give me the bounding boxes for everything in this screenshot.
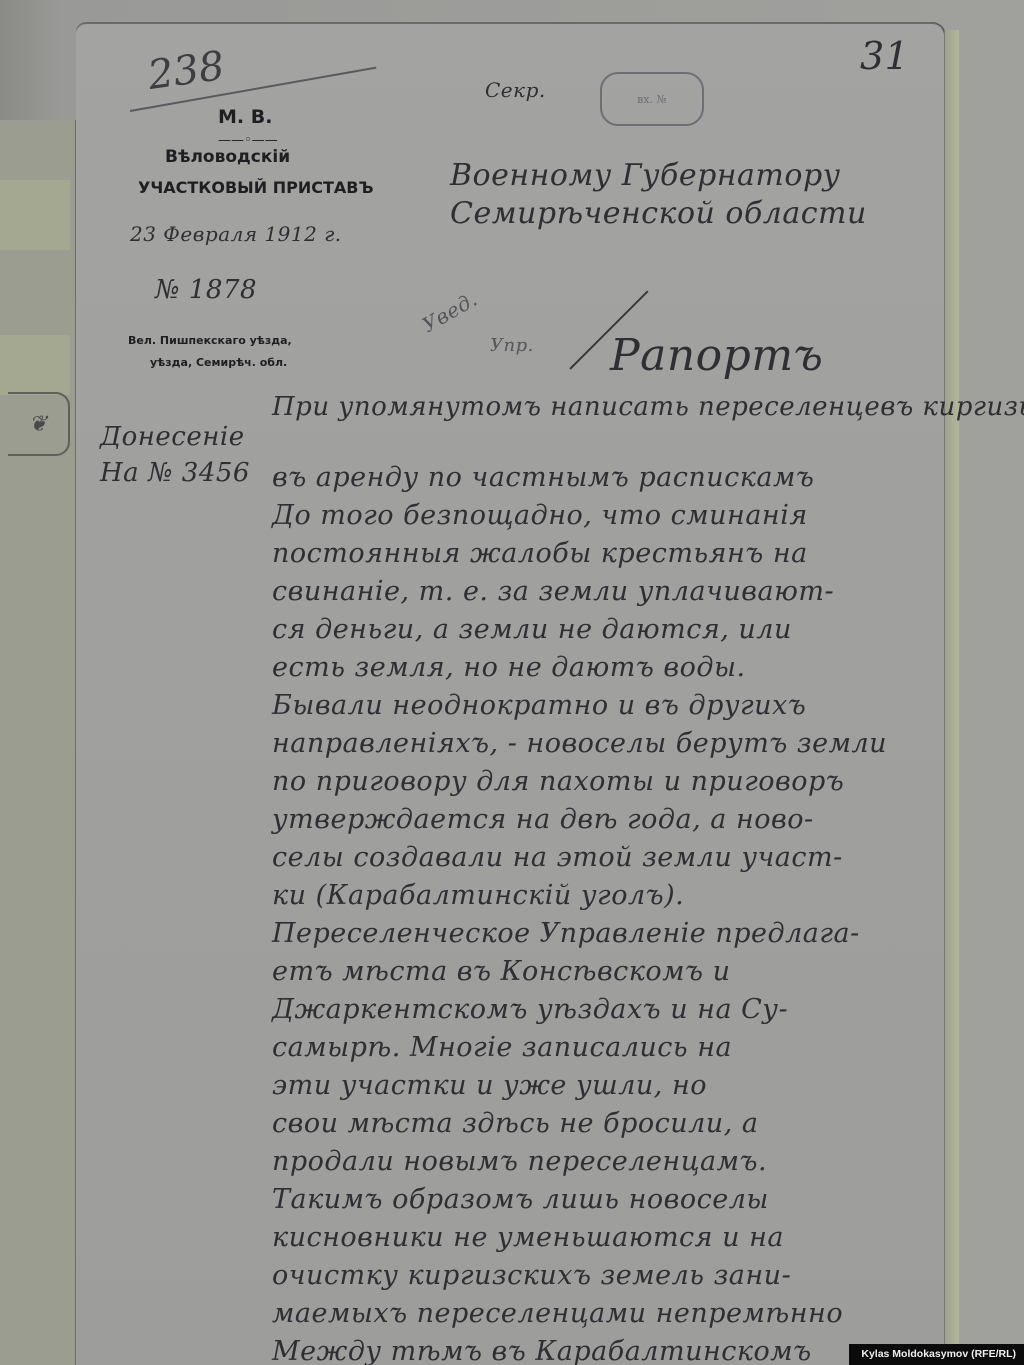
body-line: свои мѣста здѣсь не бросили, а	[272, 1108, 758, 1139]
stamp-district-line1: Вел. Пишпекскаго уѣзда,	[128, 334, 292, 347]
body-line: постоянныя жалобы крестьянъ на	[272, 538, 808, 569]
document-title: Рапортъ	[610, 330, 823, 381]
folio-number: 31	[860, 34, 909, 78]
underlying-sheet: ❦	[0, 120, 77, 1365]
stamp-date: 23 Февраля 1912 г.	[130, 222, 342, 246]
stamp-divider: ——◦——	[218, 133, 278, 148]
body-line: есть земля, но не даютъ воды.	[272, 652, 746, 683]
stamp-office-line2: УЧАСТКОВЫЙ ПРИСТАВЪ	[138, 178, 374, 197]
underlying-sheet-band	[0, 335, 70, 395]
body-line: ся деньги, а земли не даются, или	[272, 614, 792, 645]
body-line: самырѣ. Многіе записались на	[272, 1032, 732, 1063]
body-line: въ аренду по частнымъ распискамъ	[272, 462, 814, 493]
registration-stamp-text: вх. №	[637, 93, 667, 106]
body-line: ки (Карабалтинскій уголъ).	[272, 880, 684, 911]
body-line: Бывали неоднократно и въ другихъ	[272, 690, 806, 721]
body-line: продали новымъ переселенцамъ.	[272, 1146, 767, 1177]
body-line: очистку киргизскихъ земель зани-	[272, 1260, 791, 1291]
body-line: Такимъ образомъ лишь новоселы	[272, 1184, 769, 1215]
margin-note-line1: Донесеніе	[100, 422, 245, 452]
stamp-initials: М. В.	[218, 106, 272, 128]
photo-credit: Kylas Moldokasymov (RFE/RL)	[849, 1344, 1024, 1365]
stamp-number: № 1878	[155, 275, 257, 305]
page-edge	[944, 30, 959, 1365]
margin-note-line2: На № 3456	[100, 458, 250, 488]
secret-mark: Секр.	[485, 78, 546, 102]
registration-stamp: вх. №	[600, 72, 704, 126]
stamp-office-line1: Вѣловодскій	[165, 147, 290, 167]
underlying-seal-icon: ❦	[8, 392, 70, 456]
stamp-district-line2: уѣзда, Семирѣч. обл.	[150, 356, 287, 369]
body-line: по приговору для пахоты и приговоръ	[272, 766, 844, 797]
body-line: До того безпощадно, что сминанія	[272, 500, 808, 531]
underlying-sheet-band	[0, 180, 70, 250]
body-line: маемыхъ переселенцами непремѣнно	[272, 1298, 843, 1329]
body-line: эти участки и уже ушли, но	[272, 1070, 707, 1101]
body-line: Переселенческое Управленіе предлага-	[272, 918, 860, 949]
addressee-line1: Военному Губернатору	[450, 158, 841, 193]
body-line: Джаркентскомъ уѣздахъ и на Су-	[272, 994, 788, 1025]
pencil-note: Упр.	[490, 335, 534, 356]
body-line: кисновники не уменьшаются и на	[272, 1222, 784, 1253]
addressee-line2: Семирѣченской области	[450, 196, 867, 231]
body-line: селы создавали на этой земли участ-	[272, 842, 843, 873]
body-line: утверждается на двѣ года, а ново-	[272, 804, 814, 835]
body-line: направленіяхъ, - новоселы берутъ земли	[272, 728, 887, 759]
body-line: етъ мѣста въ Консѣвскомъ и	[272, 956, 731, 987]
body-line: При упомянутомъ написать переселенцевъ к…	[272, 392, 1024, 422]
body-line: Между тѣмъ въ Карабалтинскомъ	[272, 1336, 812, 1365]
body-line: свинаніе, т. е. за земли уплачивают-	[272, 576, 834, 607]
